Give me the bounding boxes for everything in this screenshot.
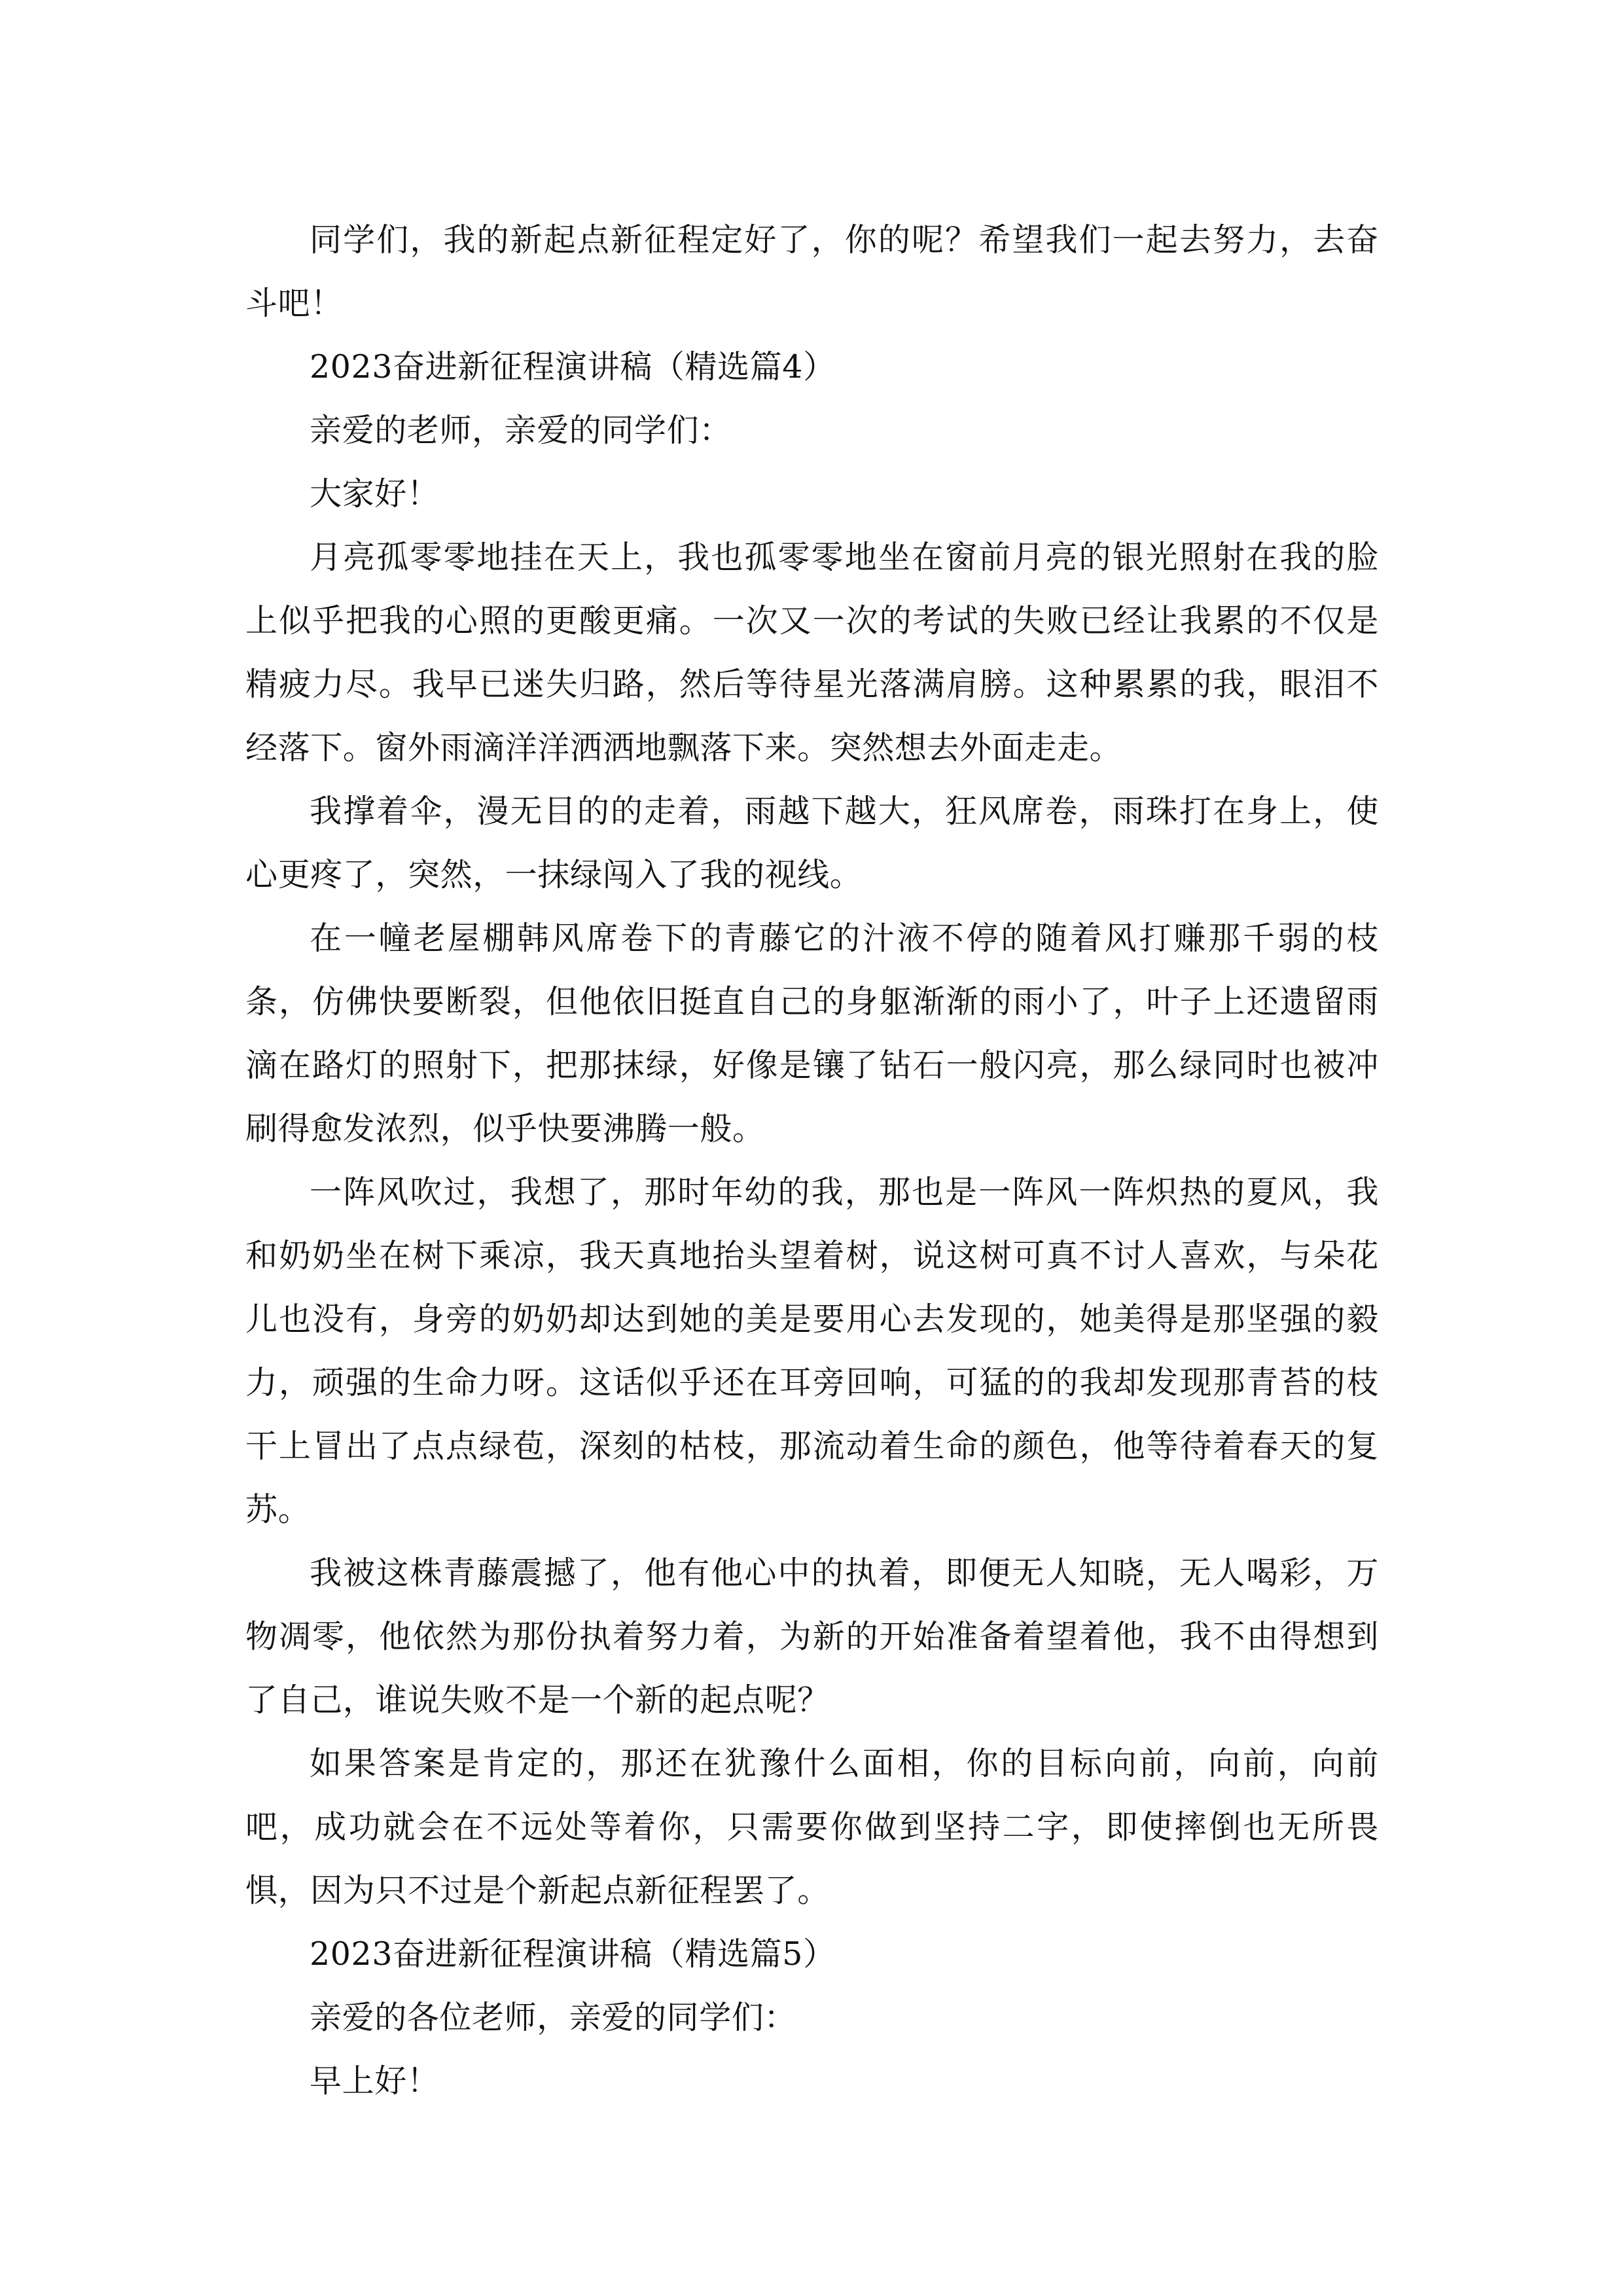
body-paragraph: 我撑着伞，漫无目的的走着，雨越下越大，狂风席卷，雨珠打在身上，使心更疼了，突然，… [245,780,1379,906]
document-page: 同学们，我的新起点新征程定好了，你的呢？希望我们一起去努力，去奋斗吧！ 2023… [245,208,1379,2113]
salutation: 亲爱的各位老师，亲爱的同学们： [245,1986,1379,2049]
section-heading: 2023奋进新征程演讲稿（精选篇5） [245,1922,1379,1986]
body-paragraph: 我被这株青藤震撼了，他有他心中的执着，即便无人知晓，无人喝彩，万物凋零，他依然为… [245,1541,1379,1732]
body-paragraph: 月亮孤零零地挂在天上，我也孤零零地坐在窗前月亮的银光照射在我的脸上似乎把我的心照… [245,526,1379,780]
salutation: 亲爱的老师，亲爱的同学们： [245,399,1379,462]
greeting: 大家好！ [245,462,1379,526]
section-heading: 2023奋进新征程演讲稿（精选篇4） [245,335,1379,399]
body-paragraph: 同学们，我的新起点新征程定好了，你的呢？希望我们一起去努力，去奋斗吧！ [245,208,1379,335]
body-paragraph: 一阵风吹过，我想了，那时年幼的我，那也是一阵风一阵炽热的夏风，我和奶奶坐在树下乘… [245,1160,1379,1541]
body-paragraph: 在一幢老屋棚韩风席卷下的青藤它的汁液不停的随着风打赚那千弱的枝条，仿佛快要断裂，… [245,906,1379,1160]
body-paragraph: 如果答案是肯定的，那还在犹豫什么面相，你的目标向前，向前，向前吧，成功就会在不远… [245,1732,1379,1922]
greeting: 早上好！ [245,2049,1379,2113]
